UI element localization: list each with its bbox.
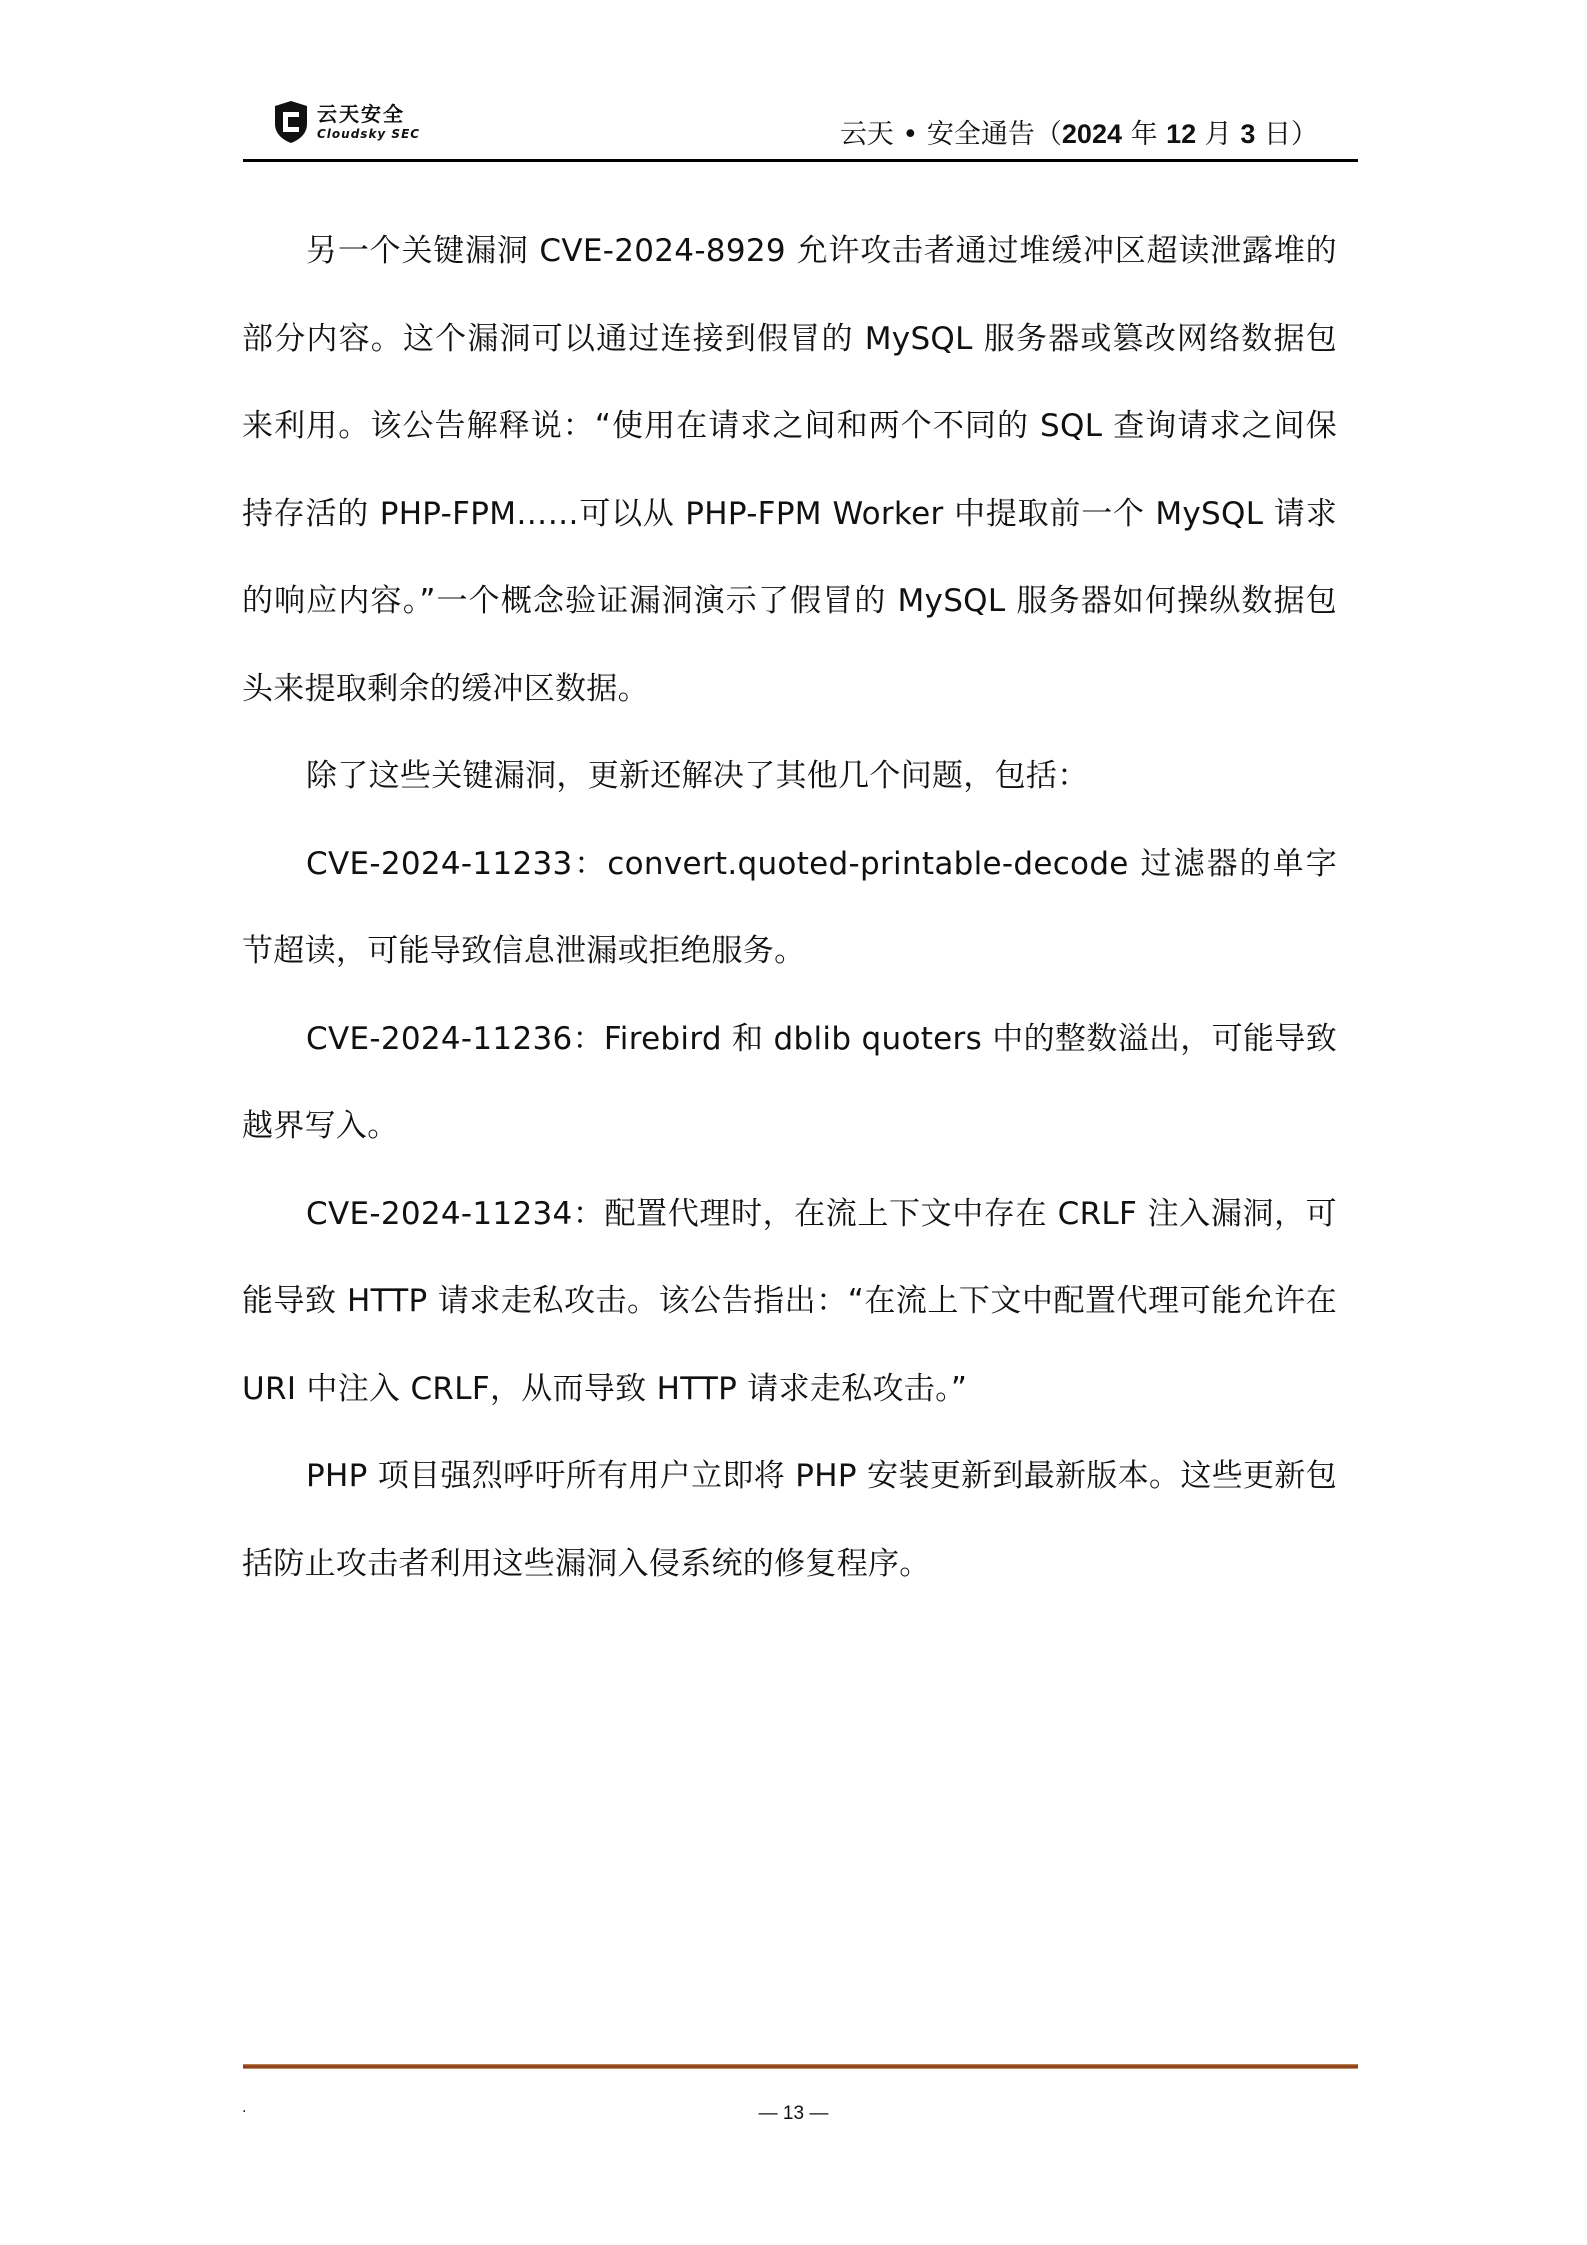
paragraph: 另一个关键漏洞 CVE-2024-8929 允许攻击者通过堆缓冲区超读泄露堆的部… — [242, 208, 1337, 733]
paragraph: PHP 项目强烈呼吁所有用户立即将 PHP 安装更新到最新版本。这些更新包括防止… — [242, 1433, 1337, 1608]
title-month: 12 — [1166, 119, 1196, 149]
header-divider — [243, 159, 1358, 162]
title-day: 3 — [1240, 119, 1255, 149]
logo-english-name: Cloudsky SEC — [317, 128, 420, 140]
footer-divider — [243, 2064, 1358, 2069]
document-body: 另一个关键漏洞 CVE-2024-8929 允许攻击者通过堆缓冲区超读泄露堆的部… — [242, 208, 1337, 1608]
shield-logo-icon — [273, 100, 309, 144]
paragraph: CVE-2024-11233：convert.quoted-printable-… — [242, 821, 1337, 996]
title-year: 2024 — [1062, 119, 1122, 149]
bulletin-title: 云天 • 安全通告（2024 年 12 月 3 日） — [840, 112, 1318, 151]
brand-logo: 云天安全 Cloudsky SEC — [273, 100, 420, 144]
paragraph: CVE-2024-11234：配置代理时，在流上下文中存在 CRLF 注入漏洞，… — [242, 1171, 1337, 1434]
title-day-unit: 日） — [1255, 119, 1318, 150]
title-year-unit: 年 — [1122, 119, 1166, 150]
page-header: 云天安全 Cloudsky SEC 云天 • 安全通告（2024 年 12 月 … — [243, 90, 1358, 160]
page-number: — 13 — — [0, 2103, 1587, 2125]
paragraph: 除了这些关键漏洞，更新还解决了其他几个问题，包括： — [242, 733, 1337, 821]
logo-chinese-name: 云天安全 — [317, 104, 420, 124]
title-month-unit: 月 — [1196, 119, 1240, 150]
title-prefix: 云天 • 安全通告（ — [840, 119, 1062, 150]
paragraph: CVE-2024-11236：Firebird 和 dblib quoters … — [242, 996, 1337, 1171]
